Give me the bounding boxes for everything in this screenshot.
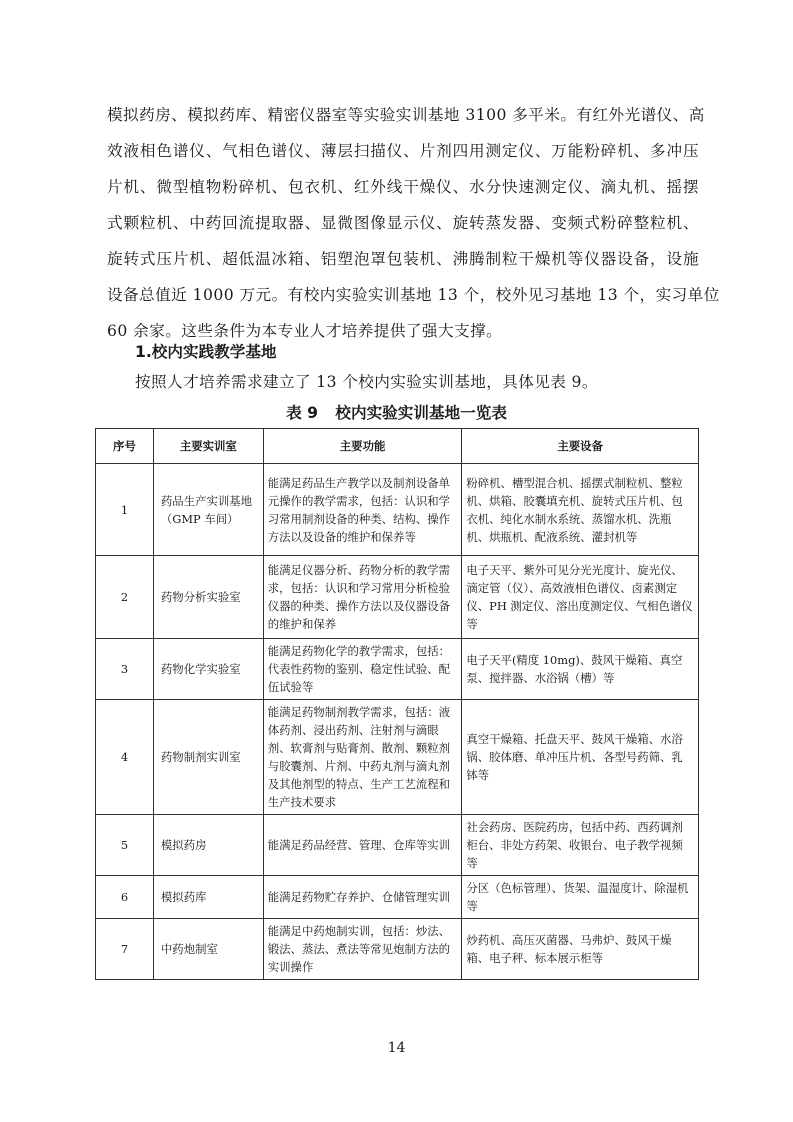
table-number: 表 9 [286, 404, 318, 422]
cell-room: 模拟药房 [153, 815, 263, 876]
cell-no: 4 [96, 700, 154, 815]
header-function: 主要功能 [263, 429, 462, 464]
table-row: 2 药物分析实验室 能满足仪器分析、药物分析的教学需求，包括：认识和学习常用分析… [96, 556, 699, 639]
cell-equipment: 电子天平(精度 10mg)、鼓风干燥箱、真空泵、搅拌器、水浴锅（槽）等 [462, 639, 699, 700]
cell-equipment: 真空干燥箱、托盘天平、鼓风干燥箱、水浴锅、胶体磨、单冲压片机、各型号药筛、乳钵等 [462, 700, 699, 815]
training-base-table: 序号 主要实训室 主要功能 主要设备 1 药品生产实训基地（GMP 车间） 能满… [95, 428, 699, 980]
table-caption: 表 9 校内实验实训基地一览表 [0, 401, 793, 423]
cell-room: 中药炮制室 [153, 919, 263, 980]
cell-function: 能满足药品生产教学以及制剂设备单元操作的教学需求，包括：认识和学习常用制剂设备的… [263, 464, 462, 556]
section-heading: 1.校内实践教学基地 [135, 340, 277, 362]
table-row: 5 模拟药房 能满足药品经营、管理、仓库等实训 社会药房、医院药房，包括中药、西… [96, 815, 699, 876]
cell-function: 能满足药品经营、管理、仓库等实训 [263, 815, 462, 876]
paragraph-line: 旋转式压片机、超低温冰箱、铝塑泡罩包装机、沸腾制粒干燥机等仪器设备，设施 [107, 241, 699, 277]
table-row: 7 中药炮制室 能满足中药炮制实训，包括：炒法、锻法、蒸法、煮法等常见炮制方法的… [96, 919, 699, 980]
cell-function: 能满足药物制剂教学需求，包括：液体药剂、浸出药剂、注射剂与滴眼剂、软膏剂与贴膏剂… [263, 700, 462, 815]
cell-no: 1 [96, 464, 154, 556]
table-title: 校内实验实训基地一览表 [335, 404, 507, 422]
cell-no: 5 [96, 815, 154, 876]
table-row: 4 药物制剂实训室 能满足药物制剂教学需求，包括：液体药剂、浸出药剂、注射剂与滴… [96, 700, 699, 815]
table-row: 3 药物化学实验室 能满足药物化学的教学需求，包括：代表性药物的鉴别、稳定性试验… [96, 639, 699, 700]
paragraph-line: 式颗粒机、中药回流提取器、显微图像显示仪、旋转蒸发器、变频式粉碎整粒机、 [107, 205, 699, 241]
header-equipment: 主要设备 [462, 429, 699, 464]
cell-equipment: 社会药房、医院药房，包括中药、西药调剂柜台、非处方药架、收银台、电子教学视频等 [462, 815, 699, 876]
cell-function: 能满足中药炮制实训，包括：炒法、锻法、蒸法、煮法等常见炮制方法的实训操作 [263, 919, 462, 980]
cell-function: 能满足药物贮存养护、仓储管理实训 [263, 876, 462, 919]
header-room: 主要实训室 [153, 429, 263, 464]
table-header-row: 序号 主要实训室 主要功能 主要设备 [96, 429, 699, 464]
cell-equipment: 电子天平、紫外可见分光光度计、旋光仪、滴定管（仪）、高效液相色谱仪、卤素测定仪、… [462, 556, 699, 639]
paragraph-line: 设备总值近 1000 万元。有校内实验实训基地 13 个，校外见习基地 13 个… [107, 277, 699, 313]
body-paragraph: 模拟药房、模拟药库、精密仪器室等实验实训基地 3100 多平米。有红外光谱仪、高… [107, 97, 699, 349]
cell-no: 3 [96, 639, 154, 700]
cell-room: 药品生产实训基地（GMP 车间） [153, 464, 263, 556]
cell-function: 能满足仪器分析、药物分析的教学需求，包括：认识和学习常用分析检验仪器的种类、操作… [263, 556, 462, 639]
cell-room: 药物分析实验室 [153, 556, 263, 639]
cell-room: 药物化学实验室 [153, 639, 263, 700]
page-number: 14 [0, 1040, 793, 1056]
intro-text: 按照人才培养需求建立了 13 个校内实验实训基地，具体见表 9。 [135, 370, 598, 392]
header-no: 序号 [96, 429, 154, 464]
table-row: 1 药品生产实训基地（GMP 车间） 能满足药品生产教学以及制剂设备单元操作的教… [96, 464, 699, 556]
cell-no: 6 [96, 876, 154, 919]
cell-no: 7 [96, 919, 154, 980]
cell-equipment: 炒药机、高压灭菌器、马弗炉、鼓风干燥箱、电子秤、标本展示柜等 [462, 919, 699, 980]
cell-room: 模拟药库 [153, 876, 263, 919]
table-row: 6 模拟药库 能满足药物贮存养护、仓储管理实训 分区（色标管理）、货架、温湿度计… [96, 876, 699, 919]
cell-no: 2 [96, 556, 154, 639]
paragraph-line: 效液相色谱仪、气相色谱仪、薄层扫描仪、片剂四用测定仪、万能粉碎机、多冲压 [107, 133, 699, 169]
paragraph-line: 模拟药房、模拟药库、精密仪器室等实验实训基地 3100 多平米。有红外光谱仪、高 [107, 97, 699, 133]
cell-function: 能满足药物化学的教学需求，包括：代表性药物的鉴别、稳定性试验、配伍试验等 [263, 639, 462, 700]
document-page: 模拟药房、模拟药库、精密仪器室等实验实训基地 3100 多平米。有红外光谱仪、高… [0, 0, 793, 1122]
cell-equipment: 粉碎机、槽型混合机、摇摆式制粒机、整粒机、烘箱、胶囊填充机、旋转式压片机、包衣机… [462, 464, 699, 556]
paragraph-line: 片机、微型植物粉碎机、包衣机、红外线干燥仪、水分快速测定仪、滴丸机、摇摆 [107, 169, 699, 205]
cell-equipment: 分区（色标管理）、货架、温湿度计、除湿机等 [462, 876, 699, 919]
cell-room: 药物制剂实训室 [153, 700, 263, 815]
